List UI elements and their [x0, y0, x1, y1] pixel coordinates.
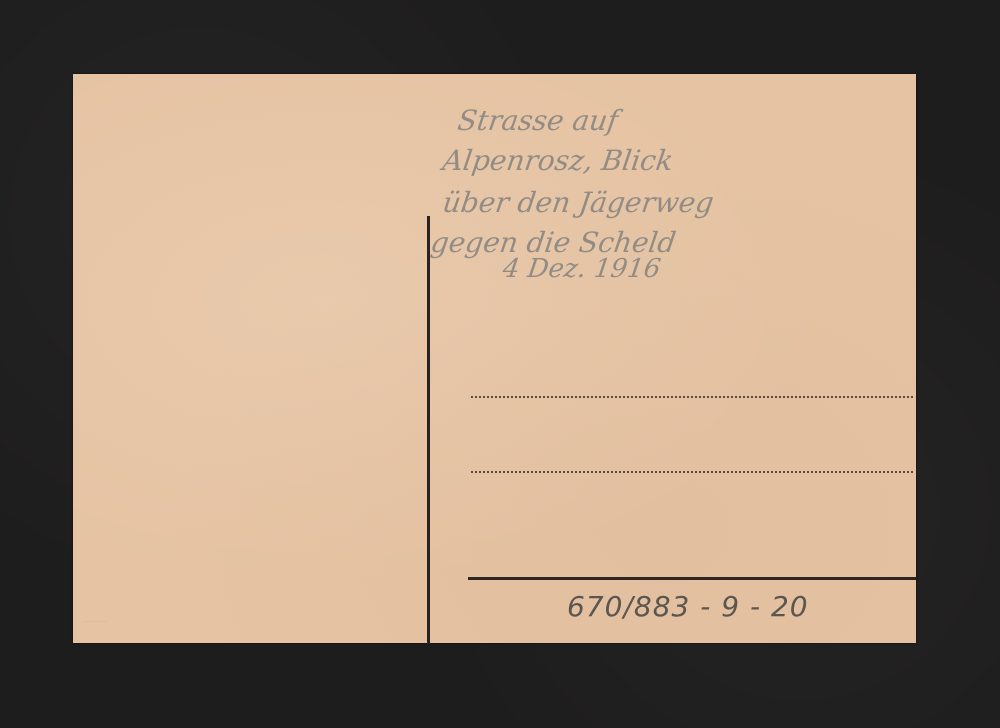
handwritten-line-1: Strasse auf [456, 104, 620, 137]
vertical-divider-line [427, 216, 430, 644]
handwritten-date: 4 Dez. 1916 [501, 254, 663, 284]
handwritten-line-3: über den Jägerweg [441, 186, 716, 219]
address-dotted-line-1 [471, 396, 913, 398]
address-solid-line [468, 577, 916, 580]
address-dotted-line-2 [471, 471, 913, 473]
postcard-back: Strasse auf Alpenrosz, Blick über den Jä… [73, 74, 916, 643]
printer-mark: ····· ···· [83, 619, 107, 626]
archive-number: 670/883 - 9 - 20 [567, 590, 809, 623]
handwritten-line-2: Alpenrosz, Blick [441, 144, 676, 177]
